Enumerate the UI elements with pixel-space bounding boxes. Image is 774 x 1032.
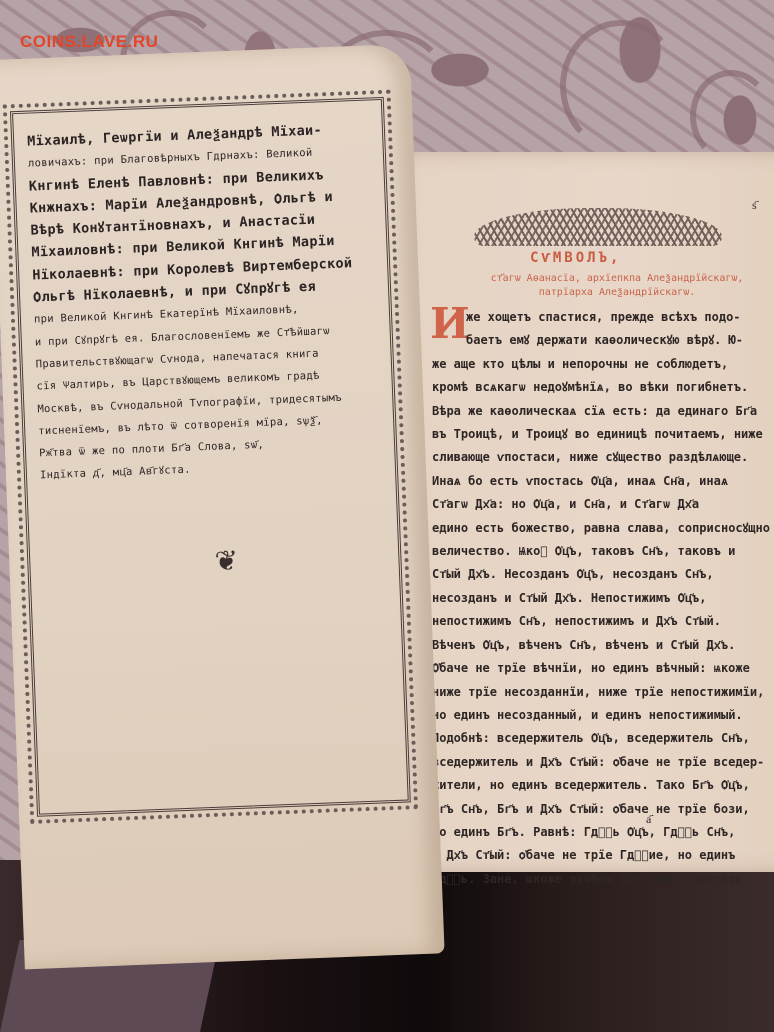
text-line: кромѣ всѧкагѡ недоꙋмѣнїѧ, во вѣки погибн… xyxy=(432,376,774,399)
page-number: ѕ҃ xyxy=(752,198,757,213)
signature-mark: а҃ xyxy=(646,812,651,827)
text-line: Ст҃ый Дх҃ъ. Несозданъ Ѻ҆ц҃ъ, несозданъ С… xyxy=(432,563,774,586)
text-line: ниже трїе несозданнїи, ниже трїе непости… xyxy=(432,681,774,704)
text-line: же хощетъ спастися, прежде всѣхъ подо- xyxy=(432,306,774,329)
section-title: СѴМВОЛЪ, xyxy=(530,250,621,267)
text-line: величество. Ѩкоⷡ Ѻ҆ц҃ъ, таковъ Сн҃ъ, так… xyxy=(432,540,774,563)
text-line: но единъ несозданный, и единъ непостижим… xyxy=(432,704,774,727)
text-line: непостижимъ Сн҃ъ, непостижимъ и Дх҃ъ Ст҃… xyxy=(432,610,774,633)
wallpaper-swirl xyxy=(690,70,772,162)
text-line: же аще кто цѣлы и непорочны не соблюдетъ… xyxy=(432,353,774,376)
text-line: Вѣра же каѳолическаѧ сїѧ есть: да единаг… xyxy=(432,400,774,423)
subtitle-line: патрїарха Алеѯандрїйскагѡ. xyxy=(462,286,772,300)
text-line: Ст҃агѡ Дх҃а: но Ѻ҆ц҃а, и Сн҃а, и Ст҃агѡ … xyxy=(432,493,774,516)
ornament-vignette-icon: ❦ xyxy=(191,540,262,583)
text-line: но единъ Бг҃ъ. Равнѣ: Гдⷭ҇ь Ѻ҆ц҃ъ, Гдⷭ҇ь… xyxy=(432,821,774,844)
text-line: сливающе ѵпостаси, ниже сꙋщество раздѣлѧ… xyxy=(432,446,774,469)
watermark-text: COINS.LAVE.RU xyxy=(20,32,158,52)
text-line: Гдⷭ҇ь. Занѐ, ѩкоже ѻ҆собнѡ коегождо ѵпос… xyxy=(432,868,774,891)
left-page-body: Мїхаилѣ, Геѡргїи и Алеѯандрѣ Мїхаи- лови… xyxy=(27,118,380,488)
text-line: Бг҃ъ Сн҃ъ, Бг҃ъ и Дх҃ъ Ст҃ый: ѻ҆баче не … xyxy=(432,798,774,821)
text-line: Подобнѣ: вседержитель Ѻ҆ц҃ъ, вседержител… xyxy=(432,727,774,750)
text-line: вседержитель и Дх҃ъ Ст҃ый: ѻ҆баче не трї… xyxy=(432,751,774,774)
text-line: Ѻ҆баче не трїе вѣчнїи, но единъ вѣчный: … xyxy=(432,657,774,680)
left-page: Мїхаилѣ, Геѡргїи и Алеѯандрѣ Мїхаи- лови… xyxy=(0,44,445,969)
text-line: едино есть божество, равна слава, соприс… xyxy=(432,517,774,540)
right-page-body: же хощетъ спастися, прежде всѣхъ подо- б… xyxy=(432,306,774,891)
text-line: въ Троицѣ, и Троицꙋ во единицѣ почитаемъ… xyxy=(432,423,774,446)
wallpaper-swirl xyxy=(560,20,682,152)
text-line: Инаѧ бо есть ѵпостась Ѻ҆ц҃а, инаѧ Сн҃а, … xyxy=(432,470,774,493)
text-line: жители, но единъ вседержитель. Тако Бг҃ъ… xyxy=(432,774,774,797)
text-line: баетъ емꙋ держати каѳолическꙋю вѣрꙋ. Ю- xyxy=(432,329,774,352)
text-line: несозданъ и Ст҃ый Дх҃ъ. Непостижимъ Ѻ҆ц҃… xyxy=(432,587,774,610)
text-line: Вѣченъ Ѻ҆ц҃ъ, вѣченъ Сн҃ъ, вѣченъ и Ст҃ы… xyxy=(432,634,774,657)
subtitle-line: ст҃агѡ Аѳанасїа, архїепкпа Алеѯандрїйска… xyxy=(462,272,772,286)
text-line: и Дх҃ъ Ст҃ый: ѻ҆баче не трїе Гдⷭ҇ие, но … xyxy=(432,844,774,867)
section-subtitle: ст҃агѡ Аѳанасїа, архїепкпа Алеѯандрїйска… xyxy=(462,272,772,300)
